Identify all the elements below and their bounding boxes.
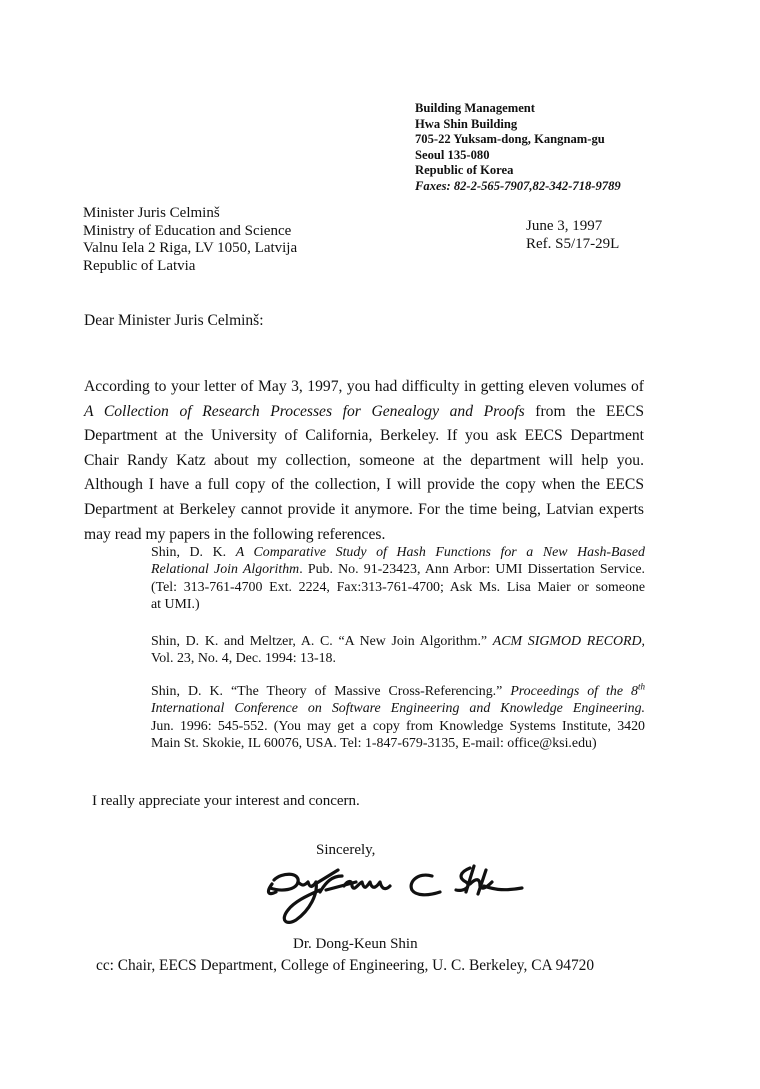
letter-reference: Ref. S5/17-29L: [526, 236, 619, 254]
reference-proceedings: Proceedings of the 8th: [510, 684, 645, 699]
reference-journal: ACM SIGMOD RECORD: [493, 634, 642, 649]
salutation: Dear Minister Juris Celminš:: [84, 312, 264, 330]
body-line: According to your letter of May 3, 1997,…: [84, 375, 644, 400]
recipient-country: Republic of Latvia: [83, 258, 297, 276]
closing-sentence: I really appreciate your interest and co…: [92, 793, 360, 810]
sender-city: Seoul 135-080: [415, 148, 621, 164]
book-title: A Collection of Research Processes for G…: [84, 403, 525, 420]
recipient-street: Valnu Iela 2 Riga, LV 1050, Latvija: [83, 240, 297, 258]
valediction: Sincerely,: [316, 842, 375, 859]
date-reference-block: June 3, 1997 Ref. S5/17-29L: [526, 218, 619, 253]
sender-building: Hwa Shin Building: [415, 117, 621, 133]
recipient-name: Minister Juris Celminš: [83, 205, 297, 223]
recipient-ministry: Ministry of Education and Science: [83, 223, 297, 241]
letter-date: June 3, 1997: [526, 218, 619, 236]
body-line: Chair Randy Katz about my collection, so…: [84, 449, 644, 474]
reference-title: Relational Join Algorithm: [151, 562, 299, 577]
signer-name: Dr. Dong-Keun Shin: [293, 936, 418, 953]
body-paragraph: According to your letter of May 3, 1997,…: [84, 375, 644, 547]
signature-image: [260, 862, 540, 930]
sender-org: Building Management: [415, 101, 621, 117]
reference-title: A Comparative Study of Hash Functions fo…: [236, 545, 645, 560]
body-line: Department at the University of Californ…: [84, 424, 644, 449]
body-line: Department at Berkeley cannot provide it…: [84, 498, 644, 523]
reference-item: Shin, D. K. “The Theory of Massive Cross…: [151, 683, 645, 753]
body-line: A Collection of Research Processes for G…: [84, 400, 644, 425]
sender-street: 705-22 Yuksam-dong, Kangnam-gu: [415, 132, 621, 148]
cc-line: cc: Chair, EECS Department, College of E…: [96, 957, 594, 975]
body-line: Although I have a full copy of the colle…: [84, 473, 644, 498]
sender-letterhead: Building Management Hwa Shin Building 70…: [415, 101, 621, 194]
reference-item: Shin, D. K. A Comparative Study of Hash …: [151, 544, 645, 614]
sender-country: Republic of Korea: [415, 163, 621, 179]
sender-faxes: Faxes: 82-2-565-7907,82-342-718-9789: [415, 179, 621, 195]
recipient-address: Minister Juris Celminš Ministry of Educa…: [83, 205, 297, 275]
reference-proceedings: International Conference on Software Eng…: [151, 701, 645, 716]
reference-item: Shin, D. K. and Meltzer, A. C. “A New Jo…: [151, 633, 645, 668]
